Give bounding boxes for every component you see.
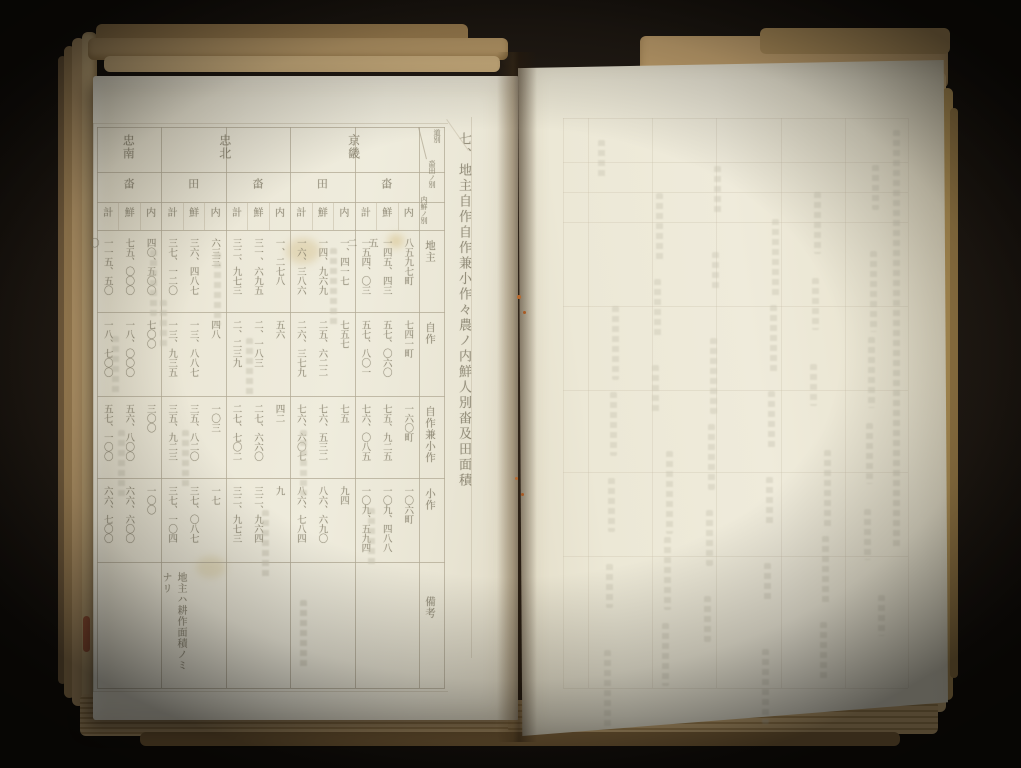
showthrough-mark: [768, 391, 775, 450]
showthrough-mark: [656, 193, 663, 260]
subcol-header: 計: [102, 207, 114, 227]
ghost-grid-v: [908, 118, 909, 688]
row-label: 地主: [425, 240, 438, 304]
table-cell: 七五、九二五: [381, 404, 393, 470]
table-cell: 二五、六二二: [316, 320, 328, 388]
grid-line-h: [97, 562, 445, 563]
showthrough-mark: [368, 508, 375, 568]
row-label: 自作: [425, 322, 438, 388]
ghost-grid-h: [563, 222, 908, 223]
ghost-grid-h: [563, 472, 908, 473]
showthrough-mark: [112, 336, 119, 394]
table-cell: 一、二七八: [273, 238, 285, 304]
table-cell: 七六、五三二: [316, 404, 328, 470]
corner-label-bottom: 内鮮ノ別: [420, 196, 429, 228]
table-cell: 一、四一七: [338, 238, 350, 304]
subcol-header: 鮮: [381, 207, 393, 227]
showthrough-mark: [764, 563, 771, 602]
table-cell: 八五九七町: [402, 238, 414, 304]
showthrough-title-strip: [893, 130, 900, 550]
subcol-header: 計: [359, 207, 371, 227]
showthrough-mark: [160, 300, 167, 350]
table-cell: 一六〇町: [402, 404, 414, 470]
showthrough-mark: [810, 364, 817, 406]
subcol-header: 計: [295, 207, 307, 227]
grid-line-h: [97, 202, 445, 203]
province-header: 京畿: [347, 134, 363, 170]
showthrough-mark: [704, 596, 711, 642]
grid-line-v: [444, 127, 445, 688]
showthrough-mark: [820, 622, 827, 680]
grid-line-v: [471, 117, 472, 658]
showthrough-mark: [652, 365, 659, 412]
grid-line-h: [93, 691, 448, 692]
grid-line-v: [183, 202, 184, 230]
showthrough-mark: [766, 477, 773, 526]
grid-line-v: [97, 127, 98, 688]
table-cell: 四八: [209, 320, 221, 388]
ghost-grid-h: [563, 556, 908, 557]
showthrough-mark: [662, 623, 669, 686]
ledger-photo: 七、地主自作自作兼小作々農ノ内鮮人別畓及田面積 京畿忠北忠南畓内八五九七町七四一…: [0, 0, 1021, 768]
table-cell: 二六、三七九: [295, 320, 307, 388]
table-cell: 一六、三八六: [295, 238, 307, 304]
showthrough-mark: [822, 536, 829, 604]
subcol-header: 鮮: [252, 207, 264, 227]
corner-label-top: 道別: [432, 129, 442, 151]
landtype-header: 田: [187, 178, 201, 200]
table-cell: 三五、八二〇: [188, 404, 200, 470]
showthrough-mark: [300, 600, 307, 670]
showthrough-mark: [710, 338, 717, 414]
grid-line-h: [97, 230, 445, 231]
ledger-table: 七、地主自作自作兼小作々農ノ内鮮人別畓及田面積 京畿忠北忠南畓内八五九七町七四一…: [0, 0, 1021, 768]
table-cell: 一七: [209, 486, 221, 554]
table-cell: 三七、一二〇: [166, 238, 178, 304]
table-cell: 三〇〇: [145, 404, 157, 470]
landtype-header: 畓: [380, 178, 394, 200]
showthrough-mark: [598, 140, 605, 178]
table-cell: 八六、六九〇: [316, 486, 328, 554]
table-cell: 三一、六九五: [252, 238, 264, 304]
showthrough-mark: [770, 305, 777, 374]
subcol-header: 鮮: [123, 207, 135, 227]
grid-line-v: [376, 202, 377, 230]
ghost-grid-h: [563, 390, 908, 391]
table-cell: 五七、〇六〇: [381, 320, 393, 388]
row-label: 小作: [425, 488, 438, 554]
showthrough-mark: [812, 278, 819, 330]
ghost-grid-v: [588, 118, 589, 688]
grid-line-v: [93, 123, 94, 692]
showthrough-mark: [262, 510, 269, 580]
table-cell: 一四、九六九: [316, 238, 328, 304]
table-cell: 一〇六町: [402, 486, 414, 554]
province-header: 忠南: [121, 134, 137, 170]
remarks-row-label: 備考: [426, 596, 438, 648]
showthrough-mark: [706, 510, 713, 566]
showthrough-mark: [150, 250, 157, 316]
grid-line-h: [93, 123, 448, 124]
table-cell: 一四五、四三五: [381, 238, 393, 304]
ghost-grid-h: [563, 192, 908, 193]
subcol-header: 内: [402, 207, 414, 227]
showthrough-mark: [666, 451, 673, 534]
table-cell: 一一五、五〇〇: [102, 238, 114, 304]
table-cell: 一三、九三五: [166, 320, 178, 388]
subcol-header: 内: [145, 207, 157, 227]
showthrough-mark: [814, 192, 821, 254]
table-cell: 一〇九、四八八: [381, 486, 393, 554]
subcol-header: 内: [338, 207, 350, 227]
ghost-grid-v: [563, 118, 564, 688]
table-cell: 七五: [338, 404, 350, 470]
grid-line-h: [97, 172, 445, 173]
showthrough-mark: [714, 166, 721, 216]
ghost-grid-v: [781, 118, 782, 688]
showthrough-mark: [824, 450, 831, 528]
table-cell: 三六、四八七: [188, 238, 200, 304]
showthrough-mark: [300, 430, 307, 496]
table-cell: 九: [273, 486, 285, 554]
table-cell: 一〇三: [209, 404, 221, 470]
showthrough-mark: [330, 248, 337, 326]
landtype-header: 田: [315, 178, 329, 200]
grid-line-v: [140, 202, 141, 230]
showthrough-mark: [246, 338, 253, 398]
table-cell: 七六、〇八五: [359, 404, 371, 470]
table-cell: 三二、九七三: [231, 486, 243, 554]
grid-line-v: [226, 127, 227, 688]
corner-label-middle: 畓田ノ別: [428, 160, 437, 194]
province-header: 忠北: [218, 134, 234, 170]
showthrough-mark: [878, 595, 885, 636]
landtype-header: 畓: [251, 178, 265, 200]
landtype-header: 畓: [122, 178, 136, 200]
table-cell: 八六、七八四: [295, 486, 307, 554]
subcol-header: 計: [231, 207, 243, 227]
showthrough-mark: [772, 219, 779, 298]
table-cell: 三七、一〇四: [166, 486, 178, 554]
table-cell: 一五四、〇三二: [359, 238, 371, 304]
showthrough-mark: [118, 430, 125, 500]
grid-line-h: [97, 396, 445, 397]
showthrough-mark: [610, 392, 617, 456]
row-label: 自作兼小作: [425, 406, 438, 470]
subcol-header: 内: [209, 207, 221, 227]
table-cell: 二、二三九: [231, 320, 243, 388]
showthrough-mark: [608, 478, 615, 532]
table-cell: 七四一町: [402, 320, 414, 388]
showthrough-mark: [762, 649, 769, 724]
grid-line-h: [97, 478, 445, 479]
showthrough-mark: [664, 537, 671, 610]
remarks-note: 地主ハ耕作面積ノミナリ: [142, 572, 188, 672]
ghost-grid-h: [563, 688, 908, 689]
table-cell: 七〇〇: [145, 320, 157, 388]
showthrough-mark: [864, 509, 871, 560]
showthrough-mark: [872, 165, 879, 210]
table-cell: 二七、七〇二: [231, 404, 243, 470]
showthrough-mark: [870, 251, 877, 332]
table-cell: 三七、〇八七: [188, 486, 200, 554]
table-cell: 五七、一〇〇: [102, 404, 114, 470]
showthrough-mark: [612, 306, 619, 380]
table-cell: 四二: [273, 404, 285, 470]
subcol-header: 鮮: [316, 207, 328, 227]
showthrough-mark: [654, 279, 661, 336]
table-cell: 七五七: [338, 320, 350, 388]
grid-line-v: [333, 202, 334, 230]
showthrough-mark: [712, 252, 719, 292]
table-cell: 一八、〇〇〇: [123, 320, 135, 388]
showthrough-mark: [868, 337, 875, 408]
grid-line-h: [97, 688, 445, 689]
table-cell: 一〇〇: [145, 486, 157, 554]
table-cell: 九四: [338, 486, 350, 554]
showthrough-mark: [604, 650, 611, 730]
subcol-header: 鮮: [188, 207, 200, 227]
table-cell: 二七、六六〇: [252, 404, 264, 470]
table-cell: 一三、八八七: [188, 320, 200, 388]
subcol-header: 内: [273, 207, 285, 227]
showthrough-mark: [708, 424, 715, 490]
subcol-header: 計: [166, 207, 178, 227]
table-cell: 五七、八〇一: [359, 320, 371, 388]
table-cell: 三五、九二三: [166, 404, 178, 470]
showthrough-mark: [606, 564, 613, 608]
table-cell: 七五、〇〇〇: [123, 238, 135, 304]
ghost-grid-h: [563, 118, 908, 119]
page-title: 七、地主自作自作兼小作々農ノ内鮮人別畓及田面積: [447, 132, 473, 657]
ghost-grid-h: [563, 162, 908, 163]
showthrough-mark: [182, 430, 189, 490]
table-cell: 二、一八三: [252, 320, 264, 388]
grid-line-h: [97, 127, 445, 128]
showthrough-mark: [866, 423, 873, 484]
showthrough-mark: [214, 252, 221, 326]
table-cell: 六六、七〇〇: [102, 486, 114, 554]
table-cell: 三二、九七三: [231, 238, 243, 304]
ghost-grid-v: [845, 118, 846, 688]
table-cell: 五六: [273, 320, 285, 388]
